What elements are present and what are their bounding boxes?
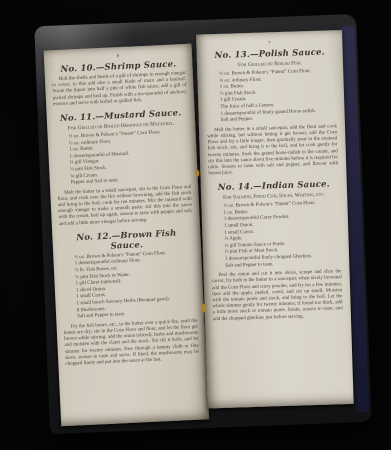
recipe-paragraph: Melt the butter in a small saucepan, sti…	[57, 185, 193, 228]
recipe-subtitle: For Salmon, Fried Cod, Soles, Whiting, e…	[209, 191, 339, 201]
ingredient-list: ½ oz. Brown & Polson’s “Patent” Corn Flo…	[205, 68, 337, 125]
ingredient-list: ½ oz. Brown & Polson’s “Patent” Corn Flo…	[209, 200, 341, 270]
open-book: 6 No. 10.—Shrimp Sauce.Boil the shells a…	[34, 14, 371, 434]
right-page-recipes: No. 13.—Polish Sauce.For Grilled or Boil…	[205, 47, 343, 323]
recipe-section: No. 10.—Shrimp Sauce.Boil the shells and…	[51, 59, 187, 108]
recipe-section: No. 12.—Brown Fish Sauce.½ oz. Brown & P…	[59, 228, 199, 368]
gilt-fleck	[195, 170, 199, 176]
book-page-right: 7 No. 13.—Polish Sauce.For Grilled or Bo…	[196, 30, 354, 408]
recipe-paragraph: Boil the shells and heads of a gill of s…	[52, 71, 187, 108]
recipe-section: No. 11.—Mustard Sauce.For Grilled or Boi…	[54, 108, 193, 228]
photo-background: 6 No. 10.—Shrimp Sauce.Boil the shells a…	[0, 0, 391, 450]
gilt-fleck	[201, 304, 205, 312]
recipe-paragraph: Fry the fish bones, etc., in the butter …	[64, 318, 200, 368]
ingredient-list: ½ oz. Brown & Polson’s “Patent” Corn Flo…	[55, 129, 191, 188]
recipe-section: No. 14.—Indian Sauce.For Salmon, Fried C…	[209, 179, 343, 322]
left-page-recipes: No. 10.—Shrimp Sauce.Boil the shells and…	[51, 59, 199, 368]
book-page-left: 6 No. 10.—Shrimp Sauce.Boil the shells a…	[44, 44, 210, 427]
recipe-section: No. 13.—Polish Sauce.For Grilled or Boil…	[205, 47, 339, 177]
ingredient-list: ½ oz. Brown & Polson’s “Patent” Corn Flo…	[60, 250, 197, 322]
recipe-paragraph: Melt the butter in a small saucepan, add…	[207, 124, 338, 178]
recipe-subtitle: For Grilled or Boiled Fish.	[205, 59, 335, 69]
recipe-paragraph: Peel the onion and cut it into slices, s…	[212, 269, 343, 323]
